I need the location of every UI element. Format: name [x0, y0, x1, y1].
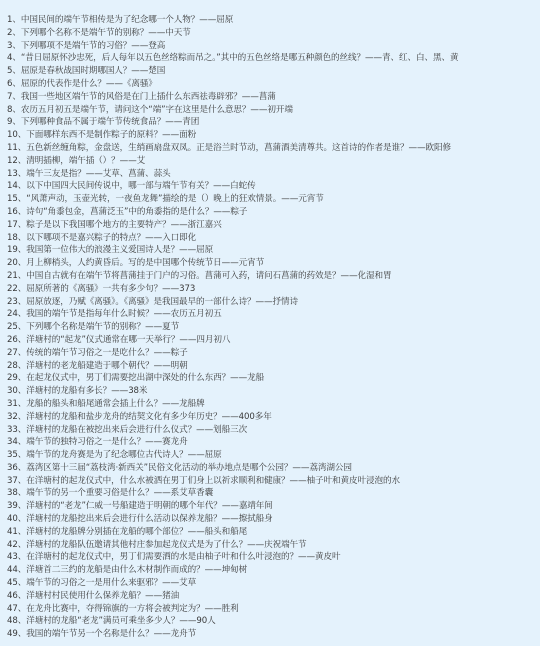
qa-question: 龙船的船头和船尾通常会插上什么？ — [26, 399, 162, 409]
qa-question: 洋塘村的龙船挖出来后会进行什么活动以保养龙船？ — [26, 514, 221, 524]
qa-answer: 青团 — [182, 117, 199, 127]
qa-question: 洋塘村的龙船和盐步龙舟的结契文化有多少年历史？ — [26, 412, 221, 422]
qa-number: 42、 — [7, 540, 26, 550]
qa-item: 12、清明插柳，端午插（）？——艾 — [7, 155, 540, 168]
qa-number: 7、 — [7, 92, 21, 102]
qa-item: 24、我国的端午节是指每年什么时候？——农历五月初五 — [7, 308, 540, 321]
qa-item: 23、屈原放逐，乃赋《离骚》。《离骚》是我国最早的一部什么诗？——抒情诗 — [7, 296, 540, 309]
qa-separator: —— — [154, 361, 171, 371]
qa-item: 38、端午节的另一个重要习俗是什么？——系艾草香囊 — [7, 487, 540, 500]
qa-number: 23、 — [7, 297, 26, 307]
qa-item: 14、以下中国四大民间传说中，哪一部与端午节有关？——白蛇传 — [7, 180, 540, 193]
qa-number: 13、 — [7, 169, 26, 179]
qa-number: 25、 — [7, 322, 26, 332]
qa-question: 诗句“角黍包金，菖蒲泛玉”中的角黍指的是什么？ — [26, 207, 213, 217]
qa-number: 47、 — [7, 604, 26, 614]
qa-separator: —— — [213, 181, 230, 191]
qa-answer: 欧阳修 — [425, 143, 450, 153]
qa-question: 月上柳梢头，人约黄昏后。写的是中国哪个传统节日 — [26, 258, 221, 268]
qa-answer: 元宵节 — [298, 194, 323, 204]
qa-item: 46、洋塘村村民使用什么保养龙船？——猪油 — [7, 590, 540, 603]
qa-item: 37、在洋塘村的起龙仪式中，什么水被洒在男丁们身上以祈求顺利和健康？——柚子叶和… — [7, 475, 540, 488]
qa-question: 端午节的另一个重要习俗是什么？ — [26, 488, 153, 498]
qa-answer: 屈原 — [205, 450, 222, 460]
qa-item: 10、下面哪样东西不是制作粽子的原料？——面粉 — [7, 129, 540, 142]
qa-item: 31、龙船的船头和船尾通常会插上什么？——龙船牌 — [7, 398, 540, 411]
qa-question: 洋塘村村民使用什么保养龙船？ — [26, 591, 145, 601]
qa-number: 44、 — [7, 565, 26, 575]
qa-number: 35、 — [7, 450, 26, 460]
qa-question: 我国一些地区端午节的风俗是在门上插什么东西祛毒辟邪？ — [21, 92, 242, 102]
qa-answer: 浙江嘉兴 — [188, 220, 222, 230]
qa-item: 9、下列哪种食品不属于端午节传统食品？——青团 — [7, 116, 540, 129]
qa-separator: —— — [255, 297, 272, 307]
qa-separator: —— — [165, 117, 182, 127]
qa-answer: 荔湾湖公园 — [309, 463, 351, 473]
qa-answer: 38米 — [128, 386, 147, 396]
qa-number: 2、 — [7, 28, 21, 38]
qa-item: 20、月上柳梢头，人约黄昏后。写的是中国哪个传统节日——元宵节 — [7, 257, 540, 270]
qa-answer: 粽子 — [230, 207, 247, 217]
qa-item: 6、屈原的代表作是什么？——《离骚》 — [7, 78, 540, 91]
qa-number: 9、 — [7, 117, 21, 127]
qa-question: 下面哪样东西不是制作粽子的原料？ — [26, 130, 162, 140]
qa-answer: 艾草、菖蒲、蒜头 — [103, 169, 171, 179]
qa-item: 18、以下哪项不是嘉兴粽子的特点？——入口即化 — [7, 232, 540, 245]
qa-item: 49、我国的端午节另一个名称是什么？——龙舟节 — [7, 628, 540, 641]
qa-answer: 龙舟节 — [171, 629, 196, 639]
qa-question: 中国民间的端午节相传是为了纪念哪一个人物？ — [21, 15, 199, 25]
qa-answer: 赛龙舟 — [162, 437, 187, 447]
qa-separator: —— — [213, 207, 230, 217]
qa-number: 3、 — [7, 41, 21, 51]
qa-item: 39、洋塘村的“老龙”仁威一号船建造于明朝的哪个年代？——嘉靖年间 — [7, 500, 540, 513]
qa-question: 屈原所著的《离骚》一共有多少句？ — [26, 284, 162, 294]
qa-item: 36、荔湾区第十三届“荔枝湾·新西关”民俗文化活动的举办地点是哪个公园？——荔湾… — [7, 462, 540, 475]
qa-question: 下列哪个名称是端午节的别称？ — [26, 322, 145, 332]
qa-item: 42、洋塘村的龙船队伍邀请其他村庄参加起龙仪式是为了什么？——庆祝端午节 — [7, 539, 540, 552]
qa-separator: —— — [111, 386, 128, 396]
qa-question: 下列哪个名称不是端午节的别称？ — [21, 28, 148, 38]
qa-separator: —— — [154, 488, 171, 498]
qa-number: 6、 — [7, 79, 21, 89]
qa-number: 21、 — [7, 271, 26, 281]
qa-answer: 庆祝端午节 — [264, 540, 306, 550]
qa-separator: —— — [162, 578, 179, 588]
qa-answer: 粽子 — [171, 348, 188, 358]
qa-item: 13、端午三友是指？——艾草、菖蒲、蒜头 — [7, 168, 540, 181]
qa-question: 屈原是春秋战国时期哪国人？ — [21, 66, 131, 76]
qa-question: 下列哪项不是端午节的习俗？ — [21, 41, 131, 51]
qa-answer: 艾草 — [179, 578, 196, 588]
qa-separator: —— — [222, 412, 239, 422]
qa-separator: —— — [179, 616, 196, 626]
qa-question: 在洋塘村的起龙仪式中，什么水被洒在男丁们身上以祈求顺利和健康？ — [26, 476, 289, 486]
qa-answer: 元宵节 — [239, 258, 264, 268]
qa-separator: —— — [131, 41, 148, 51]
qa-item: 1、中国民间的端午节相传是为了纪念哪一个人物？——屈原 — [7, 14, 540, 27]
qa-answer: 艾 — [137, 156, 146, 166]
qa-separator: —— — [247, 540, 264, 550]
qa-question: 我国的端午节是指每年什么时候？ — [26, 309, 153, 319]
qa-question: 以下哪项不是嘉兴粽子的特点？ — [26, 233, 145, 243]
qa-question: “风萧声动，玉壶光转，一夜鱼龙舞”描绘的是（）晚上的狂欢情景。 — [26, 194, 281, 204]
qa-item: 17、粽子是以下我国哪个地方的主要特产？——浙江嘉兴 — [7, 219, 540, 232]
qa-answer: 胜利 — [222, 604, 239, 614]
qa-item: 21、中国自古就有在端午节将菖蒲挂于门户的习俗。菖蒲可入药，请问石菖蒲的药效是？… — [7, 270, 540, 283]
qa-item: 43、在洋塘村的起龙仪式中，男丁们需要洒的水是由柚子叶和什么叶浸泡的？——黄皮叶 — [7, 551, 540, 564]
qa-number: 45、 — [7, 578, 26, 588]
qa-separator: —— — [154, 629, 171, 639]
qa-answer: 中天节 — [165, 28, 190, 38]
qa-answer: 系艾草香囊 — [171, 488, 213, 498]
qa-answer: 入口即化 — [162, 233, 196, 243]
qa-separator: —— — [154, 348, 171, 358]
qa-number: 34、 — [7, 437, 26, 447]
qa-item: 40、洋塘村的龙船挖出来后会进行什么活动以保养龙船？——擦拭船身 — [7, 513, 540, 526]
qa-answer: 白蛇传 — [230, 181, 255, 191]
qa-number: 39、 — [7, 501, 26, 511]
qa-separator: —— — [86, 169, 103, 179]
qa-item: 4、“昔日屈原怀沙忠死，后人每年以五色丝络粽而吊之。”其中的五色丝络是哪五种颜色… — [7, 52, 540, 65]
qa-separator: —— — [298, 552, 315, 562]
qa-item: 44、洋塘首二三约的龙船是由什么木材制作而成的？——坤甸树 — [7, 564, 540, 577]
qa-number: 49、 — [7, 629, 26, 639]
qa-item: 48、洋塘村的龙船“老龙”满员可乘坐多少人？——90人 — [7, 615, 540, 628]
qa-item: 11、五色新丝缠角粽，金盘送，生绡画扇盘双凤。正是浴兰时节动，菖蒲酒美清尊共。这… — [7, 142, 540, 155]
qa-item: 7、我国一些地区端午节的风俗是在门上插什么东西祛毒辟邪？——菖蒲 — [7, 91, 540, 104]
qa-answer: 猪油 — [162, 591, 179, 601]
qa-question: 农历五月初五是端午节，请问这个“端”字在这里是什么意思？ — [21, 105, 251, 115]
qa-item: 34、端午节的独特习俗之一是什么？——赛龙舟 — [7, 436, 540, 449]
qa-question: 粽子是以下我国哪个地方的主要特产？ — [26, 220, 170, 230]
qa-answer: 373 — [179, 284, 195, 294]
qa-question: 洋塘村的“起龙”仪式通常在哪一天举行？ — [26, 335, 179, 345]
qa-item: 32、洋塘村的龙船和盐步龙舟的结契文化有多少年历史？——400多年 — [7, 411, 540, 424]
qa-separator: —— — [171, 220, 188, 230]
qa-number: 19、 — [7, 245, 26, 255]
qa-item: 30、洋塘村的龙船有多长？——38米 — [7, 385, 540, 398]
qa-answer: 船头和船尾 — [205, 527, 247, 537]
qa-question: 洋塘村的龙船“老龙”满员可乘坐多少人？ — [26, 616, 179, 626]
qa-separator: —— — [222, 514, 239, 524]
qa-separator: —— — [365, 53, 382, 63]
qa-answer: 龙船牌 — [179, 399, 204, 409]
qa-separator: —— — [199, 15, 216, 25]
qa-number: 16、 — [7, 207, 26, 217]
qa-question: 洋塘村的龙船有多长？ — [26, 386, 111, 396]
qa-number: 18、 — [7, 233, 26, 243]
qa-number: 33、 — [7, 425, 26, 435]
qa-number: 40、 — [7, 514, 26, 524]
qa-answer: 嘉靖年间 — [239, 501, 273, 511]
qa-item: 33、洋塘村的龙船在被挖出来后会进行什么仪式？——划船三次 — [7, 424, 540, 437]
qa-item: 47、在龙舟比赛中，夺得锦旗的一方将会被判定为？——胜利 — [7, 603, 540, 616]
qa-answer: 明朝 — [171, 361, 188, 371]
qa-question: 下列哪种食品不属于端午节传统食品？ — [21, 117, 165, 127]
qa-number: 4、 — [7, 53, 21, 63]
qa-separator: —— — [179, 245, 196, 255]
qa-question: 五色新丝缠角粽，金盘送，生绡画扇盘双凤。正是浴兰时节动，菖蒲酒美清尊共。这首诗的… — [26, 143, 408, 153]
qa-answer: 屈原 — [196, 245, 213, 255]
qa-number: 11、 — [7, 143, 26, 153]
qa-answer: 登高 — [148, 41, 165, 51]
qa-separator: —— — [242, 92, 259, 102]
qa-number: 22、 — [7, 284, 26, 294]
qa-number: 48、 — [7, 616, 26, 626]
qa-document: 1、中国民间的端午节相传是为了纪念哪一个人物？——屈原2、下列哪个名称不是端午节… — [0, 0, 540, 646]
qa-question: 洋塘村的老龙船建造于哪个朝代？ — [26, 361, 153, 371]
qa-item: 26、洋塘村的“起龙”仪式通常在哪一天举行？——四月初八 — [7, 334, 540, 347]
qa-separator: —— — [205, 565, 222, 575]
qa-question: 洋塘村的龙船牌分别插在龙船的哪个部位？ — [26, 527, 187, 537]
qa-answer: 初开端 — [267, 105, 292, 115]
qa-question: 屈原放逐，乃赋《离骚》。《离骚》是我国最早的一部什么诗？ — [26, 297, 255, 307]
qa-answer: 抒情诗 — [272, 297, 297, 307]
qa-item: 19、我国第一位伟大的浪漫主义爱国诗人是？——屈原 — [7, 244, 540, 257]
qa-item: 45、端午节的习俗之一是用什么来驱邪？——艾草 — [7, 577, 540, 590]
qa-item: 29、在起龙仪式中，男丁们需要挖出湖中深处的什么东西？——龙船 — [7, 372, 540, 385]
qa-answer: 坤甸树 — [222, 565, 247, 575]
qa-separator: —— — [292, 463, 309, 473]
qa-question: 屈原的代表作是什么？ — [21, 79, 106, 89]
qa-separator: —— — [188, 450, 205, 460]
qa-item: 27、传统的端午节习俗之一是吃什么？——粽子 — [7, 347, 540, 360]
qa-separator: —— — [145, 322, 162, 332]
qa-question: 以下中国四大民间传说中，哪一部与端午节有关？ — [26, 181, 213, 191]
qa-separator: —— — [179, 335, 196, 345]
qa-answer: 90人 — [196, 616, 215, 626]
qa-number: 10、 — [7, 130, 26, 140]
qa-question: “昔日屈原怀沙忠死，后人每年以五色丝络粽而吊之。”其中的五色丝络是哪五种颜色的丝… — [21, 53, 365, 63]
qa-item: 25、下列哪个名称是端午节的别称？——夏节 — [7, 321, 540, 334]
qa-number: 41、 — [7, 527, 26, 537]
qa-answer: 屈原 — [216, 15, 233, 25]
qa-question: 洋塘村的龙船在被挖出来后会进行什么仪式？ — [26, 425, 196, 435]
qa-question: 端午三友是指？ — [26, 169, 85, 179]
qa-separator: —— — [162, 284, 179, 294]
qa-answer: 菖蒲 — [259, 92, 276, 102]
qa-item: 15、“风萧声动，玉壶光转，一夜鱼龙舞”描绘的是（）晚上的狂欢情景。——元宵节 — [7, 193, 540, 206]
qa-separator: —— — [250, 105, 267, 115]
qa-number: 31、 — [7, 399, 26, 409]
qa-question: 在龙舟比赛中，夺得锦旗的一方将会被判定为？ — [26, 604, 204, 614]
qa-separator: —— — [222, 501, 239, 511]
qa-question: 端午节的习俗之一是用什么来驱邪？ — [26, 578, 162, 588]
qa-item: 41、洋塘村的龙船牌分别插在龙船的哪个部位？——船头和船尾 — [7, 526, 540, 539]
qa-number: 27、 — [7, 348, 26, 358]
qa-item: 28、洋塘村的老龙船建造于哪个朝代？——明朝 — [7, 360, 540, 373]
qa-answer: 擦拭船身 — [239, 514, 273, 524]
qa-separator: —— — [131, 66, 148, 76]
qa-separator: —— — [120, 156, 137, 166]
qa-number: 30、 — [7, 386, 26, 396]
qa-separator: —— — [145, 437, 162, 447]
qa-answer: 黄皮叶 — [315, 552, 340, 562]
qa-separator: —— — [230, 373, 247, 383]
qa-item: 2、下列哪个名称不是端午节的别称？——中天节 — [7, 27, 540, 40]
qa-question: 我国第一位伟大的浪漫主义爱国诗人是？ — [26, 245, 179, 255]
qa-separator: —— — [205, 604, 222, 614]
qa-number: 29、 — [7, 373, 26, 383]
qa-separator: —— — [196, 425, 213, 435]
qa-separator: —— — [148, 28, 165, 38]
qa-number: 46、 — [7, 591, 26, 601]
qa-answer: 楚国 — [148, 66, 165, 76]
qa-question: 洋塘首二三约的龙船是由什么木材制作而成的？ — [26, 565, 204, 575]
qa-answer: 四月初八 — [196, 335, 230, 345]
qa-answer: 《离骚》 — [123, 79, 157, 89]
qa-question: 荔湾区第十三届“荔枝湾·新西关”民俗文化活动的举办地点是哪个公园？ — [26, 463, 292, 473]
qa-question: 端午节的龙舟赛是为了纪念哪位古代诗人？ — [26, 450, 187, 460]
qa-answer: 夏节 — [162, 322, 179, 332]
qa-separator: —— — [408, 143, 425, 153]
qa-answer: 划船三次 — [213, 425, 247, 435]
qa-question: 清明插柳，端午插（）？ — [26, 156, 119, 166]
qa-number: 43、 — [7, 552, 26, 562]
qa-number: 15、 — [7, 194, 26, 204]
qa-list: 1、中国民间的端午节相传是为了纪念哪一个人物？——屈原2、下列哪个名称不是端午节… — [0, 14, 540, 641]
qa-question: 传统的端午节习俗之一是吃什么？ — [26, 348, 153, 358]
qa-number: 26、 — [7, 335, 26, 345]
qa-item: 35、端午节的龙舟赛是为了纪念哪位古代诗人？——屈原 — [7, 449, 540, 462]
qa-question: 在起龙仪式中，男丁们需要挖出湖中深处的什么东西？ — [26, 373, 230, 383]
qa-separator: —— — [106, 79, 123, 89]
qa-question: 中国自古就有在端午节将菖蒲挂于门户的习俗。菖蒲可入药，请问石菖蒲的药效是？ — [26, 271, 340, 281]
qa-number: 1、 — [7, 15, 21, 25]
qa-number: 20、 — [7, 258, 26, 268]
qa-separator: —— — [154, 309, 171, 319]
qa-answer: 龙船 — [247, 373, 264, 383]
qa-item: 5、屈原是春秋战国时期哪国人？——楚国 — [7, 65, 540, 78]
qa-separator: —— — [162, 130, 179, 140]
qa-answer: 化湿和胃 — [358, 271, 392, 281]
qa-separator: —— — [290, 476, 307, 486]
qa-number: 32、 — [7, 412, 26, 422]
qa-item: 3、下列哪项不是端午节的习俗？——登高 — [7, 40, 540, 53]
qa-number: 14、 — [7, 181, 26, 191]
qa-question: 我国的端午节另一个名称是什么？ — [26, 629, 153, 639]
qa-number: 12、 — [7, 156, 26, 166]
qa-item: 8、农历五月初五是端午节，请问这个“端”字在这里是什么意思？——初开端 — [7, 104, 540, 117]
qa-separator: —— — [162, 399, 179, 409]
qa-separator: —— — [341, 271, 358, 281]
qa-item: 22、屈原所著的《离骚》一共有多少句？——373 — [7, 283, 540, 296]
qa-number: 28、 — [7, 361, 26, 371]
qa-question: 在洋塘村的起龙仪式中，男丁们需要洒的水是由柚子叶和什么叶浸泡的？ — [26, 552, 298, 562]
qa-question: 洋塘村的“老龙”仁威一号船建造于明朝的哪个年代？ — [26, 501, 222, 511]
qa-question: 洋塘村的龙船队伍邀请其他村庄参加起龙仪式是为了什么？ — [26, 540, 247, 550]
qa-item: 16、诗句“角黍包金，菖蒲泛玉”中的角黍指的是什么？——粽子 — [7, 206, 540, 219]
qa-separator: —— — [188, 527, 205, 537]
qa-number: 24、 — [7, 309, 26, 319]
qa-number: 17、 — [7, 220, 26, 230]
qa-answer: 面粉 — [179, 130, 196, 140]
qa-answer: 农历五月初五 — [171, 309, 222, 319]
qa-answer: 400多年 — [239, 412, 272, 422]
qa-separator: —— — [281, 194, 298, 204]
qa-number: 36、 — [7, 463, 26, 473]
qa-separator: —— — [222, 258, 239, 268]
qa-number: 37、 — [7, 476, 26, 486]
qa-separator: —— — [145, 591, 162, 601]
qa-answer: 青、红、白、黑、黄 — [382, 53, 458, 63]
qa-answer: 柚子叶和黄皮叶浸泡的水 — [307, 476, 400, 486]
qa-question: 端午节的独特习俗之一是什么？ — [26, 437, 145, 447]
qa-number: 8、 — [7, 105, 21, 115]
qa-separator: —— — [145, 233, 162, 243]
qa-number: 5、 — [7, 66, 21, 76]
qa-number: 38、 — [7, 488, 26, 498]
